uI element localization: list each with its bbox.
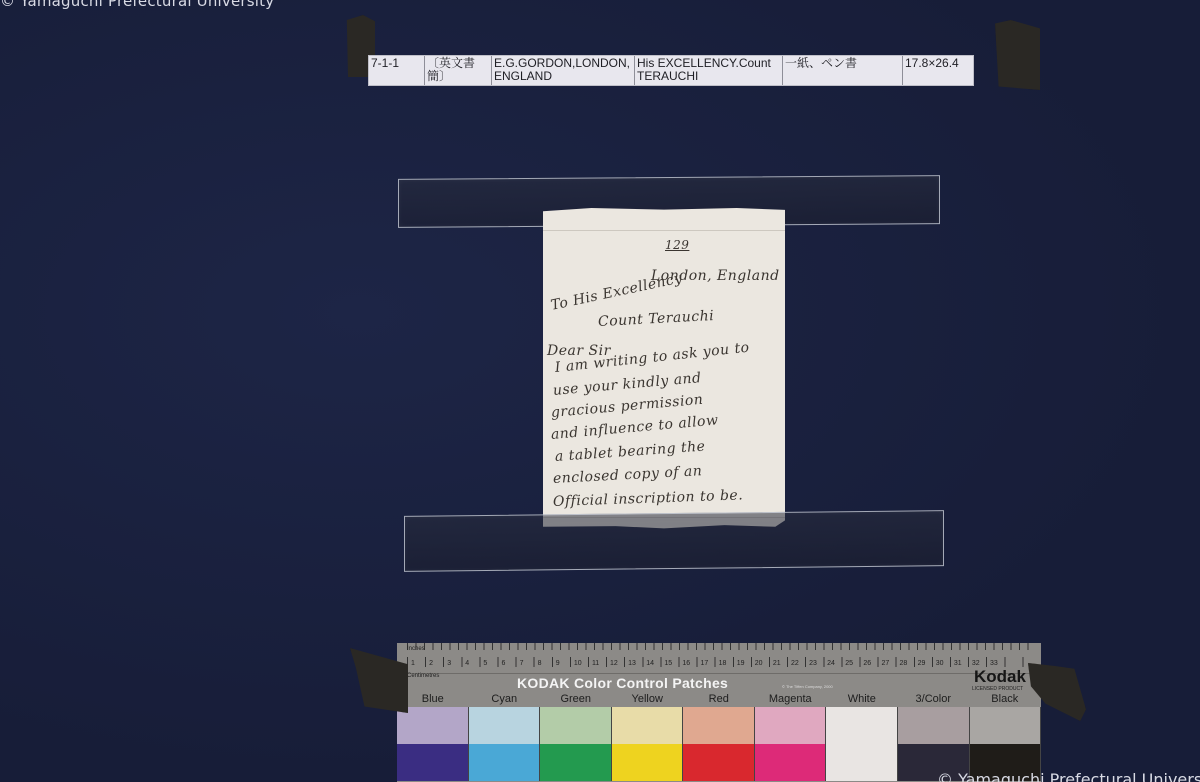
patch-label: Magenta [755,693,827,705]
catalog-format: 一紙、ペン書 [783,56,903,85]
patch-label: 3/Color [898,693,970,705]
catalog-sender: E.G.GORDON,LONDON, ENGLAND [492,56,635,85]
paper-fold [543,230,785,231]
patch-labels: Blue Cyan Green Yellow Red Magenta White… [397,693,1041,705]
patch-label: Green [540,693,612,705]
patch-label: Yellow [612,693,684,705]
color-patch-cyan-dark [469,744,541,781]
patch-label: White [826,693,898,705]
color-patch-blue-dark [397,744,469,781]
color-patch-cyan-light [469,707,541,744]
kodak-copyright: © The Tiffen Company, 2000 [782,684,833,689]
ruler-inches-label: Inches [407,646,425,652]
color-patch-green-light [540,707,612,744]
kodak-color-card: Inches 123456789101112131415161718192021… [397,643,1041,782]
color-patch-yellow-light [612,707,684,744]
patch-row-light [397,707,1041,744]
color-patch-green-dark [540,744,612,781]
catalog-size: 17.8×26.4 [903,56,973,85]
color-patch-white-dark [826,744,898,781]
catalog-recipient: His EXCELLENCY.Count TERAUCHI [635,56,783,85]
patch-label: Cyan [469,693,541,705]
catalog-label: 7-1-1 〔英文書簡〕 E.G.GORDON,LONDON, ENGLAND … [368,55,974,86]
letter-line: enclosed copy of an [553,463,703,487]
handwritten-letter: 129 London, England To His Excellency Co… [543,208,785,530]
kodak-licensed: LICENSED PRODUCT [972,686,1023,692]
color-patch-black-light [970,707,1042,744]
kodak-title: KODAK Color Control Patches [517,675,728,691]
catalog-id: 7-1-1 [369,56,425,85]
letter-line: a tablet bearing the [554,439,705,465]
patch-label: Red [683,693,755,705]
ruler-cm-label: Centimetres [407,673,439,679]
inch-ticks [407,643,1031,650]
patch-label: Black [969,693,1041,705]
letter-line: Official inscription to be. [553,487,744,510]
letter-number: 129 [665,238,689,252]
letter-address-2: Count Terauchi [598,308,715,330]
acrylic-strip-bottom [404,510,944,572]
letter-address-1: To His Excellency [549,270,684,314]
color-patch-magenta-dark [755,744,827,781]
color-patch-3-color-light [898,707,970,744]
color-patch-red-light [683,707,755,744]
copyright-watermark-top: © Yamaguchi Prefectural University [0,0,274,10]
cm-numbers: 1234567891011121314151617181920212223242… [411,660,1008,667]
kodak-logo: Kodak [974,667,1026,687]
catalog-type: 〔英文書簡〕 [425,56,492,85]
color-patch-red-dark [683,744,755,781]
color-patch-magenta-light [755,707,827,744]
copyright-watermark-bottom: © Yamaguchi Prefectural University [937,770,1200,782]
tape-piece [995,20,1040,90]
ruler: Inches 123456789101112131415161718192021… [397,643,1041,674]
color-patch-white-light [826,707,898,744]
color-patch-yellow-dark [612,744,684,781]
